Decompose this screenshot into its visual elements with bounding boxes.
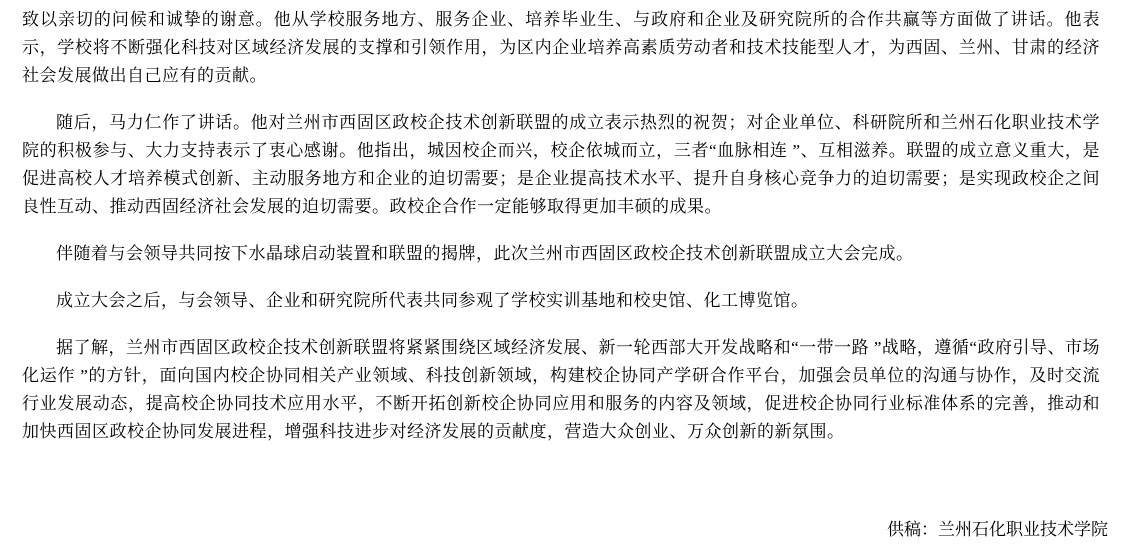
article-paragraph: 随后，马力仁作了讲话。他对兰州市西固区政校企技术创新联盟的成立表示热烈的祝贺；对…	[22, 109, 1100, 221]
article-paragraph: 伴随着与会领导共同按下水晶球启动装置和联盟的揭牌，此次兰州市西固区政校企技术创新…	[22, 240, 1100, 268]
article-paragraph: 据了解，兰州市西固区政校企技术创新联盟将紧紧围绕区域经济发展、新一轮西部大开发战…	[22, 334, 1100, 446]
article-credit: 供稿：兰州石化职业技术学院	[887, 520, 1108, 540]
article-paragraph: 致以亲切的问候和诚挚的谢意。他从学校服务地方、服务企业、培养毕业生、与政府和企业…	[22, 6, 1100, 90]
document-page: 致以亲切的问候和诚挚的谢意。他从学校服务地方、服务企业、培养毕业生、与政府和企业…	[0, 0, 1121, 547]
article-paragraph: 成立大会之后，与会领导、企业和研究院所代表共同参观了学校实训基地和校史馆、化工博…	[22, 287, 1100, 315]
